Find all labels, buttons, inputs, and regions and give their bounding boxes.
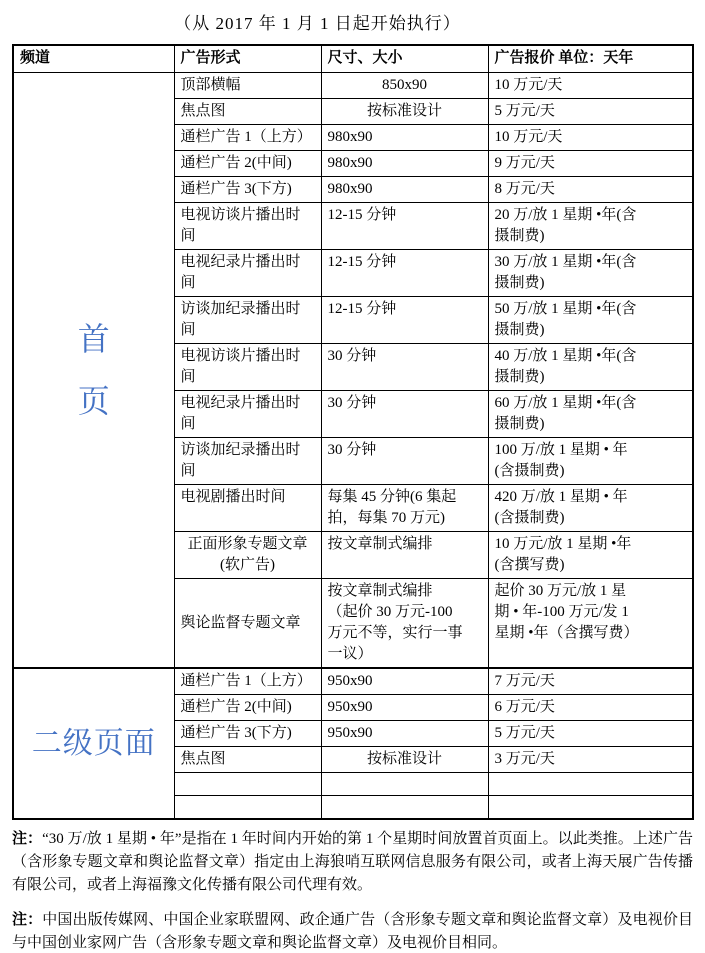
table-row: 首页顶部横幅850x9010 万元/天 [13,73,693,99]
ad-form-cell: 电视访谈片播出时间 [174,344,321,391]
price-cell: 10 万元/天 [488,73,693,99]
table-row: 二级页面通栏广告 1（上方）950x907 万元/天 [13,668,693,695]
ad-form-cell: 焦点图 [174,747,321,773]
ad-form-cell [174,796,321,819]
ad-form-cell: 舆论监督专题文章 [174,579,321,669]
ad-form-cell: 通栏广告 2(中间) [174,151,321,177]
ad-form-cell: 访谈加纪录播出时间 [174,438,321,485]
price-table: 频道 广告形式 尺寸、大小 广告报价 单位：天年 首页顶部横幅850x9010 … [12,44,694,820]
column-header-channel: 频道 [13,45,174,73]
size-cell: 12-15 分钟 [321,297,488,344]
note-label: 注： [12,912,42,928]
ad-form-cell: 通栏广告 3(下方) [174,177,321,203]
channel-cell: 首页 [13,73,174,669]
size-cell: 980x90 [321,125,488,151]
column-header-price: 广告报价 单位：天年 [488,45,693,73]
price-cell: 60 万/放 1 星期 •年(含 摄制费) [488,391,693,438]
price-cell [488,796,693,819]
document-page: { "title": "（从 2017 年 1 月 1 日起开始执行）", "c… [0,0,705,953]
size-cell: 950x90 [321,695,488,721]
price-cell: 起价 30 万元/放 1 星 期 • 年-100 万元/发 1 星期 •年（含撰… [488,579,693,669]
price-cell [488,773,693,796]
ad-form-cell: 焦点图 [174,99,321,125]
note: 注：中国出版传媒网、中国企业家联盟网、政企通广告（含形象专题文章和舆论监督文章）… [12,909,693,953]
note: 注：“30 万/放 1 星期 • 年”是指在 1 年时间内开始的第 1 个星期时… [12,828,693,897]
price-cell: 7 万元/天 [488,668,693,695]
note-text: 中国出版传媒网、中国企业家联盟网、政企通广告（含形象专题文章和舆论监督文章）及电… [12,912,693,951]
size-cell: 12-15 分钟 [321,203,488,250]
price-cell: 100 万/放 1 星期 • 年 (含摄制费) [488,438,693,485]
document-title: （从 2017 年 1 月 1 日起开始执行） [0,0,705,44]
size-cell: 980x90 [321,151,488,177]
ad-form-cell: 通栏广告 2(中间) [174,695,321,721]
price-cell: 420 万/放 1 星期 • 年 (含摄制费) [488,485,693,532]
size-cell: 30 分钟 [321,391,488,438]
size-cell [321,796,488,819]
size-cell: 950x90 [321,721,488,747]
ad-form-cell: 通栏广告 1（上方） [174,668,321,695]
size-cell: 850x90 [321,73,488,99]
size-cell: 按文章制式编排 [321,532,488,579]
price-cell: 8 万元/天 [488,177,693,203]
ad-form-cell: 电视剧播出时间 [174,485,321,532]
size-cell: 按标准设计 [321,747,488,773]
size-cell: 980x90 [321,177,488,203]
ad-form-cell: 电视纪录片播出时间 [174,250,321,297]
price-cell: 5 万元/天 [488,99,693,125]
channel-label: 首页 [75,308,112,433]
ad-form-cell: 电视纪录片播出时间 [174,391,321,438]
note-label: 注： [12,831,42,847]
column-header-ad-form: 广告形式 [174,45,321,73]
ad-form-cell: 访谈加纪录播出时间 [174,297,321,344]
column-header-size: 尺寸、大小 [321,45,488,73]
size-cell [321,773,488,796]
price-cell: 40 万/放 1 星期 •年(含 摄制费) [488,344,693,391]
price-cell: 3 万元/天 [488,747,693,773]
size-cell: 30 分钟 [321,344,488,391]
price-cell: 6 万元/天 [488,695,693,721]
size-cell: 30 分钟 [321,438,488,485]
price-cell: 20 万/放 1 星期 •年(含 摄制费) [488,203,693,250]
ad-form-cell: 通栏广告 3(下方) [174,721,321,747]
price-cell: 10 万元/天 [488,125,693,151]
channel-label: 二级页面 [20,733,168,754]
price-cell: 10 万元/放 1 星期 •年 (含撰写费) [488,532,693,579]
ad-form-cell: 通栏广告 1（上方） [174,125,321,151]
header-row: 频道 广告形式 尺寸、大小 广告报价 单位：天年 [13,45,693,73]
size-cell: 12-15 分钟 [321,250,488,297]
ad-form-cell: 电视访谈片播出时间 [174,203,321,250]
price-cell: 30 万/放 1 星期 •年(含 摄制费) [488,250,693,297]
ad-form-cell: 正面形象专题文章 (软广告) [174,532,321,579]
ad-form-cell [174,773,321,796]
size-cell: 按文章制式编排 （起价 30 万元-100 万元不等，实行一事 一议） [321,579,488,669]
notes-section: 注：“30 万/放 1 星期 • 年”是指在 1 年时间内开始的第 1 个星期时… [0,828,705,953]
price-cell: 9 万元/天 [488,151,693,177]
ad-form-cell: 顶部横幅 [174,73,321,99]
price-cell: 50 万/放 1 星期 •年(含 摄制费) [488,297,693,344]
size-cell: 按标准设计 [321,99,488,125]
price-cell: 5 万元/天 [488,721,693,747]
size-cell: 每集 45 分钟(6 集起 拍，每集 70 万元) [321,485,488,532]
channel-cell: 二级页面 [13,668,174,819]
note-text: “30 万/放 1 星期 • 年”是指在 1 年时间内开始的第 1 个星期时间放… [12,831,693,893]
size-cell: 950x90 [321,668,488,695]
